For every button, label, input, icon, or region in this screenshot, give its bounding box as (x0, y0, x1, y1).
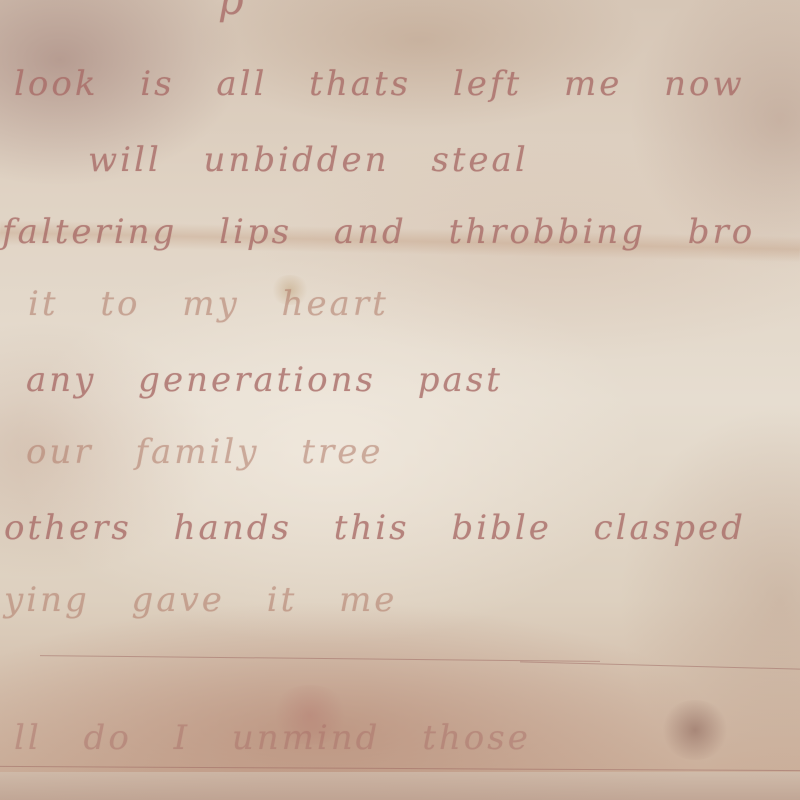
handwritten-line: p (218, 0, 247, 24)
handwritten-line: it to my heart (28, 284, 389, 324)
aged-paper-background (0, 0, 800, 800)
handwritten-line: look is all thats left me now (14, 64, 745, 104)
handwritten-line: others hands this bible clasped (4, 508, 746, 548)
ink-blot (660, 700, 730, 760)
handwritten-line: will unbidden steal (88, 140, 529, 180)
handwritten-line: any generations past (26, 360, 503, 400)
handwritten-line: ying gave it me (4, 580, 397, 620)
handwritten-line: ll do I unmind those (14, 718, 531, 758)
paper-torn-edge (0, 772, 800, 800)
handwritten-line: faltering lips and throbbing bro (2, 212, 755, 252)
handwritten-line: our family tree (26, 432, 383, 472)
